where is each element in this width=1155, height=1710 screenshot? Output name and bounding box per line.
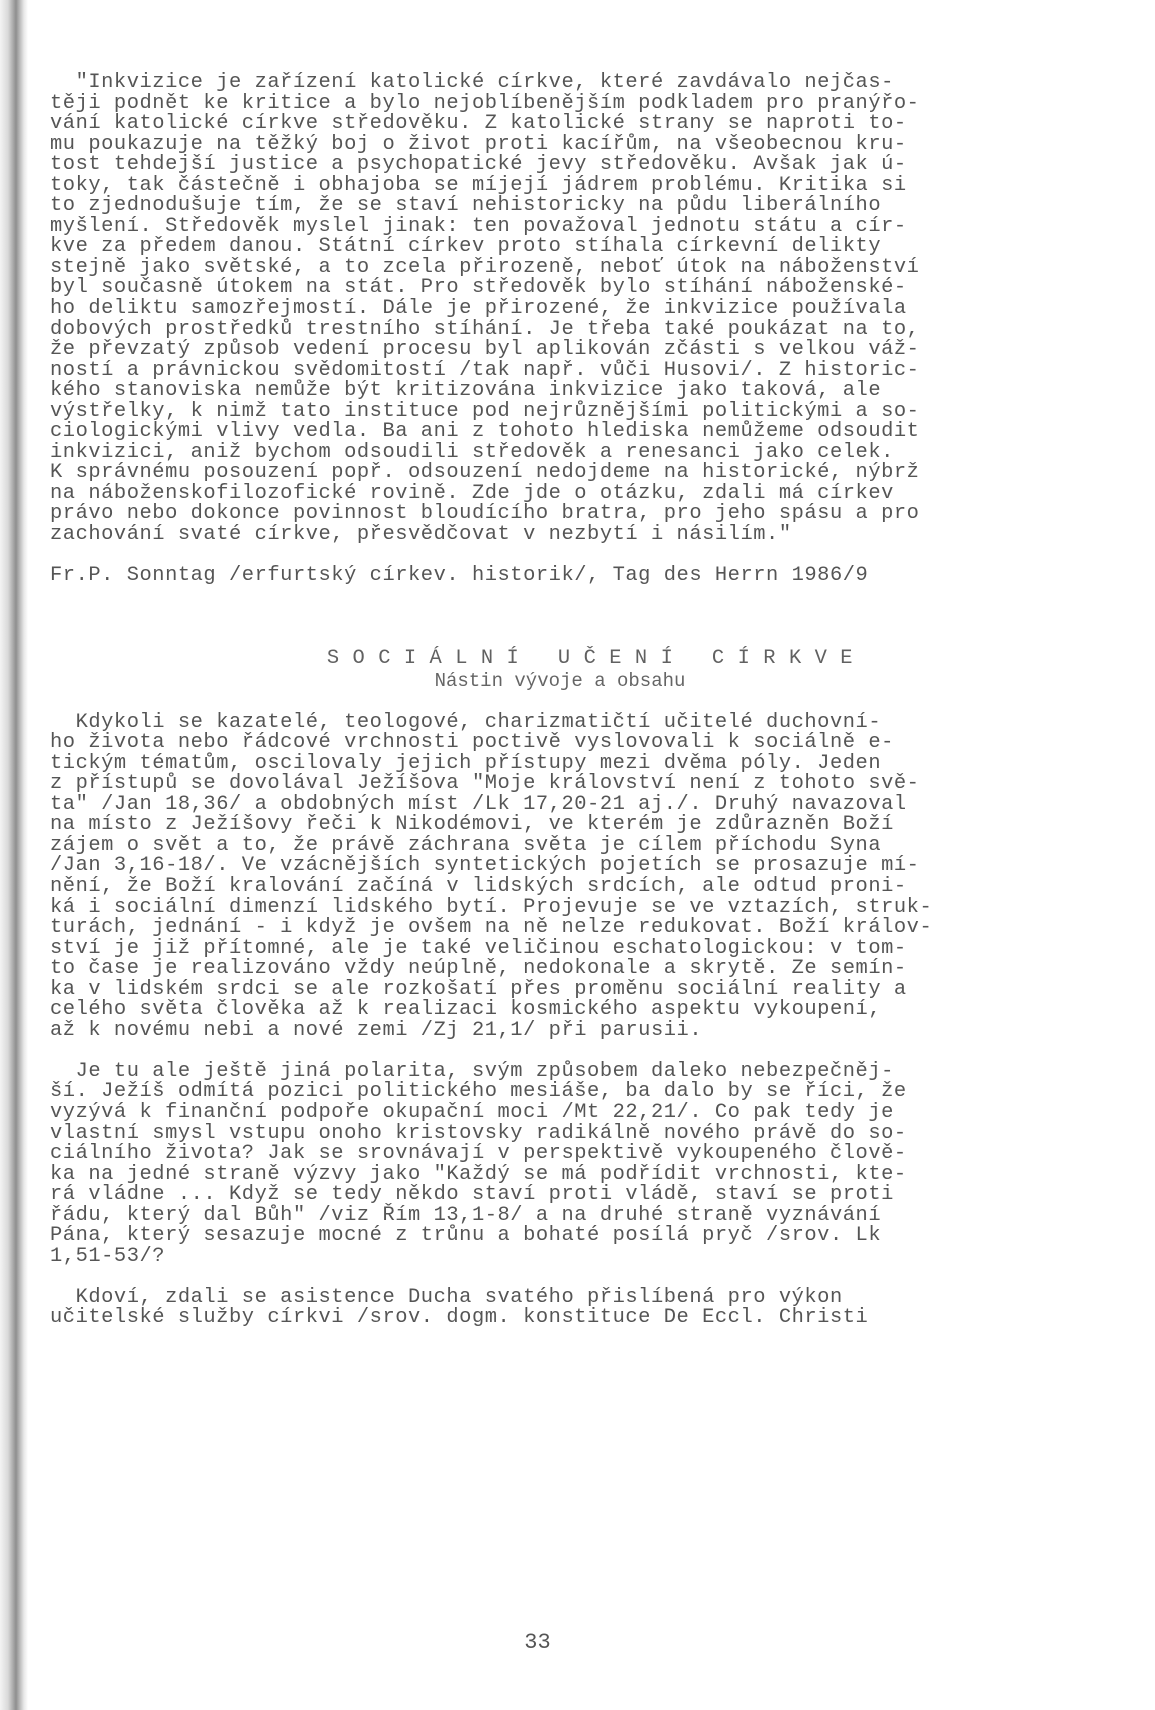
text-line: stejně jako světské, a to zcela přirozen… [50,258,1110,279]
text-line: na náboženskofilozofické rovině. Zde jde… [50,484,1110,505]
text-line: zachování svaté církve, přesvědčovat v n… [50,525,1110,546]
text-line: vlastní smysl vstupu onoho kristovsky ra… [50,1124,1110,1145]
quote-block: "Inkvizice je zařízení katolické církve,… [50,73,1110,546]
text-line: tickým tématům, oscilovaly jejich přístu… [50,754,1110,775]
text-line: myšlení. Středověk myslel jinak: ten pov… [50,217,1110,238]
spacer [50,692,1110,713]
text-line: právo nebo dokonce povinnost bloudícího … [50,504,1110,525]
page-number: 33 [0,1630,1115,1655]
body-text: Kdykoli se kazatelé, teologové, charizma… [50,713,1110,1329]
paragraph: Kdoví, zdali se asistence Ducha svatého … [50,1288,1110,1329]
text-line: že převzatý způsob vedení procesu byl ap… [50,340,1110,361]
text-line: výstřelky, k nimž tato instituce pod nej… [50,402,1110,423]
text-line: toky, tak částečně i obhajoba se míjejí … [50,176,1110,197]
text-line: nění, že Boží kralování začíná v lidskýc… [50,877,1110,898]
text-line: ho života nebo řádcové vrchnosti poctivě… [50,733,1110,754]
text-line: řádu, který dal Bůh" /viz Řím 13,1-8/ a … [50,1206,1110,1227]
text-line: Kdoví, zdali se asistence Ducha svatého … [50,1288,1110,1309]
paragraph: Kdykoli se kazatelé, teologové, charizma… [50,713,1110,1042]
quote-attribution: Fr.P. Sonntag /erfurtský církev. histori… [50,566,1110,587]
text-line: K správnému posouzení popř. odsouzení ne… [50,463,1110,484]
text-line: ho deliktu samozřejmostí. Dále je přiroz… [50,299,1110,320]
text-line: ká i sociální dimenzí lidského bytí. Pro… [50,898,1110,919]
text-line: až k novému nebi a nové zemi /Zj 21,1/ p… [50,1021,1110,1042]
text-line: ností a právnickou svědomitostí /tak nap… [50,361,1110,382]
text-line: ta" /Jan 18,36/ a obdobných míst /Lk 17,… [50,795,1110,816]
text-line: ciálního života? Jak se srovnávají v per… [50,1144,1110,1165]
text-line: učitelské služby církvi /srov. dogm. kon… [50,1308,1110,1329]
text-line: to zjednodušuje tím, že se staví nehisto… [50,196,1110,217]
section-title: S O C I Á L N Í U Č E N Í C Í R K V E [70,648,1110,670]
text-line: Je tu ale ještě jiná polarita, svým způs… [50,1062,1110,1083]
spacer [50,1041,1110,1062]
spacer [50,628,1110,649]
text-line: Kdykoli se kazatelé, teologové, charizma… [50,713,1110,734]
paragraph: Je tu ale ještě jiná polarita, svým způs… [50,1062,1110,1267]
text-line: rá vládne ... Když se tedy někdo staví p… [50,1185,1110,1206]
text-line: /Jan 3,16-18/. Ve vzácnějších syntetický… [50,856,1110,877]
text-line: ka na jedné straně výzvy jako "Každý se … [50,1165,1110,1186]
text-line: vání katolické církve středověku. Z kato… [50,114,1110,135]
book-binding-shadow [0,0,28,1710]
text-line: ka v lidském srdci se ale rozkošatí přes… [50,980,1110,1001]
text-line: byl současně útokem na stát. Pro středov… [50,278,1110,299]
text-line: dobových prostředků trestního stíhání. J… [50,320,1110,341]
document-page: "Inkvizice je zařízení katolické církve,… [50,73,1110,1329]
spacer [50,587,1110,628]
text-line: z přístupů se dovolával Ježíšova "Moje k… [50,774,1110,795]
text-line: to čase je realizováno vždy neúplně, ned… [50,959,1110,980]
text-line: turách, jednání - i když je ovšem na ně … [50,918,1110,939]
spacer [50,546,1110,567]
text-line: těji podnět ke kritice a bylo nejoblíben… [50,94,1110,115]
text-line: ství je již přítomné, ale je také veliči… [50,939,1110,960]
text-line: tost tehdejší justice a psychopatické je… [50,155,1110,176]
text-line: kého stanoviska nemůže být kritizována i… [50,381,1110,402]
text-line: mu poukazuje na těžký boj o život proti … [50,135,1110,156]
text-line: celého světa člověka až k realizaci kosm… [50,1000,1110,1021]
text-line: vyzývá k finanční podpoře okupační moci … [50,1103,1110,1124]
text-line: ší. Ježíš odmítá pozici politického mesi… [50,1082,1110,1103]
text-line: kve za předem danou. Státní církev proto… [50,237,1110,258]
section-subtitle: Nástin vývoje a obsahu [10,670,1110,692]
text-line: 1,51-53/? [50,1247,1110,1268]
text-line: na místo z Ježíšovy řeči k Nikodémovi, v… [50,815,1110,836]
text-line: ciologickými vlivy vedla. Ba ani z tohot… [50,422,1110,443]
text-line: inkvizici, aniž bychom odsoudili středov… [50,443,1110,464]
text-line: zájem o svět a to, že právě záchrana svě… [50,836,1110,857]
text-line: "Inkvizice je zařízení katolické církve,… [50,73,1110,94]
spacer [50,1267,1110,1288]
text-line: Pána, který sesazuje mocné z trůnu a boh… [50,1226,1110,1247]
